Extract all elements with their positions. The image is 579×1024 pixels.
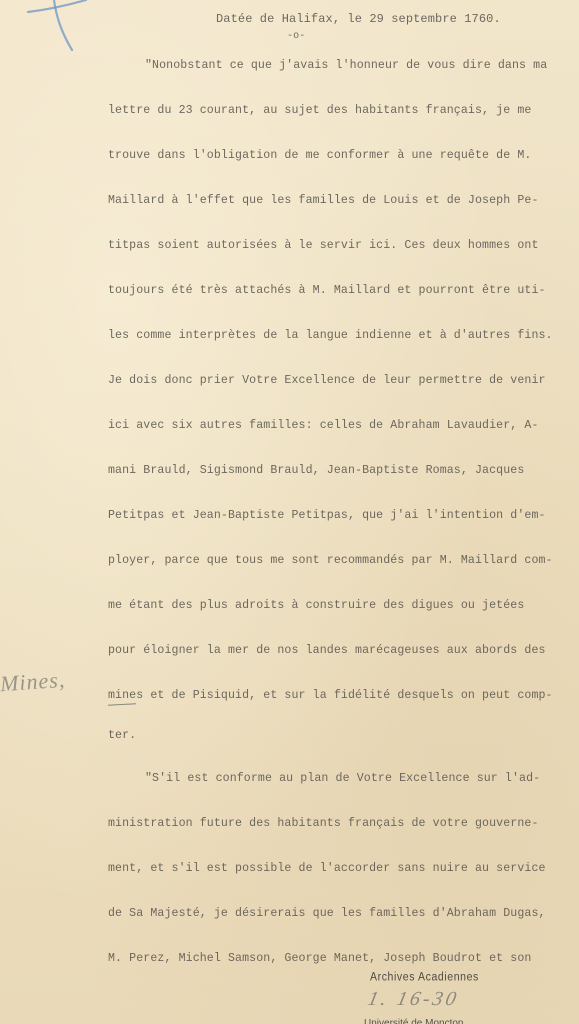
blue-pencil-cross-mark-icon bbox=[20, 0, 90, 55]
letter-line: "Nonobstant ce que j'avais l'honneur de … bbox=[145, 59, 547, 72]
letter-line: pour éloigner la mer de nos landes maréc… bbox=[108, 644, 546, 657]
letter-line: lettre du 23 courant, au sujet des habit… bbox=[108, 104, 531, 117]
handwritten-reference-number: 1. 16-30 bbox=[366, 988, 462, 1011]
letter-line: trouve dans l'obligation de me conformer… bbox=[108, 149, 531, 162]
handwritten-margin-note: Mines, bbox=[0, 667, 66, 697]
letter-line: Je dois donc prier Votre Excellence de l… bbox=[108, 374, 546, 387]
letter-line: ter. bbox=[108, 729, 136, 742]
letter-line: de Sa Majesté, je désirerais que les fam… bbox=[108, 907, 546, 920]
letter-line: M. Perez, Michel Samson, George Manet, J… bbox=[108, 952, 531, 965]
letter-line: me étant des plus adroits à construire d… bbox=[108, 599, 524, 612]
letter-line: mines et de Pisiquid, et sur la fidélité… bbox=[108, 689, 553, 702]
letter-line: ment, et s'il est possible de l'accorder… bbox=[108, 862, 546, 875]
letter-line: toujours été très attachés à M. Maillard… bbox=[108, 284, 546, 297]
letter-date-heading: Datée de Halifax, le 29 septembre 1760. bbox=[216, 12, 501, 26]
letter-line: ministration future des habitants frança… bbox=[108, 817, 539, 830]
letter-line: les comme interprètes de la langue indie… bbox=[108, 329, 553, 342]
handwritten-underline bbox=[108, 703, 136, 705]
letter-line: Maillard à l'effet que les familles de L… bbox=[108, 194, 539, 207]
letter-line: ployer, parce que tous me sont recommand… bbox=[108, 554, 553, 567]
archive-stamp: Archives Acadiennes bbox=[370, 970, 479, 984]
archive-stamp-institution: Université de Moncton bbox=[364, 1018, 464, 1024]
letter-line: ici avec six autres familles: celles de … bbox=[108, 419, 539, 432]
letter-line: titpas soient autorisées à le servir ici… bbox=[108, 239, 539, 252]
letter-line: "S'il est conforme au plan de Votre Exce… bbox=[145, 772, 540, 785]
heading-separator: -o- bbox=[287, 31, 305, 42]
letter-line: mani Brauld, Sigismond Brauld, Jean-Bapt… bbox=[108, 464, 524, 477]
document-page: Datée de Halifax, le 29 septembre 1760. … bbox=[0, 0, 579, 1024]
letter-line: Petitpas et Jean-Baptiste Petitpas, que … bbox=[108, 509, 546, 522]
